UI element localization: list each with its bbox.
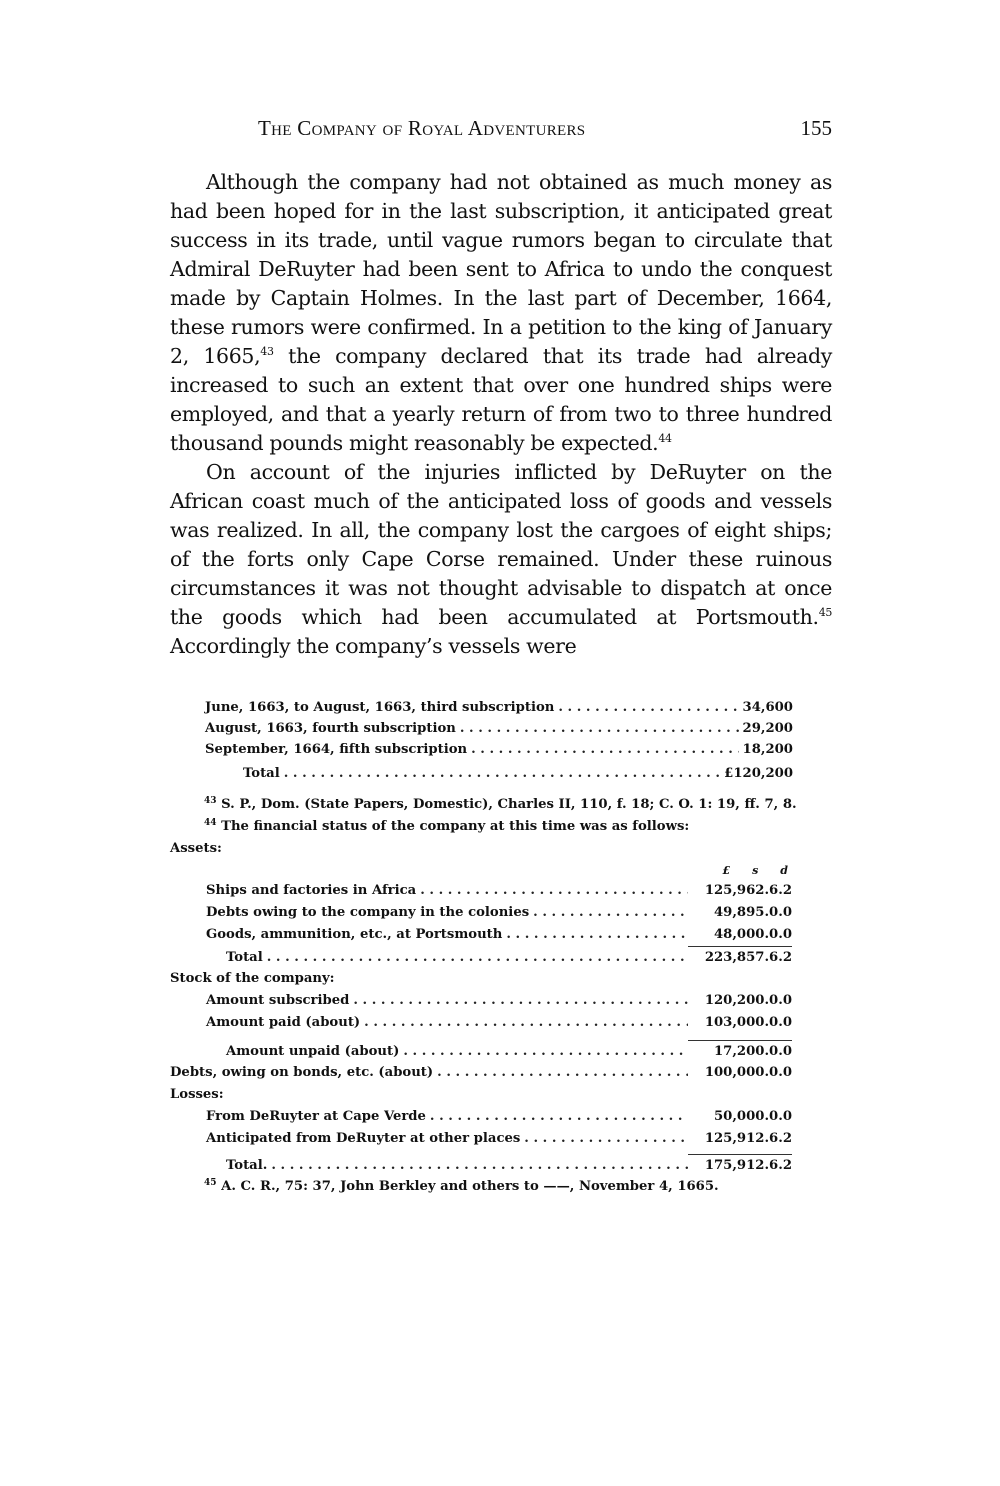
leader-dots (506, 924, 688, 946)
row-amount: 18,200 (739, 742, 793, 757)
footnote-marker: 45 (204, 1178, 217, 1188)
footnote-45: 45 A. C. R., 75: 37, John Berkley and ot… (170, 1176, 832, 1198)
leader-dots (471, 742, 738, 757)
footnotes: 43 S. P., Dom. (State Papers, Domestic),… (170, 794, 832, 1198)
row-label: From DeRuyter at Cape Verde (170, 1106, 430, 1128)
footnote-ref-43[interactable]: 43 (260, 345, 273, 358)
row-amount: 49,895.0.0 (688, 902, 792, 924)
leader-dots (430, 1106, 688, 1128)
stock-unpaid-row: Amount unpaid (about) 17,200.0.0 (170, 1040, 792, 1062)
table-row: Debts owing to the company in the coloni… (170, 902, 792, 924)
table-row: September, 1664, fifth subscription 18,2… (205, 742, 793, 763)
unit-pence: d (780, 860, 788, 880)
row-amount: 29,200 (739, 721, 793, 736)
paragraph-text: On account of the injuries inflicted by … (170, 460, 832, 629)
total-amount: 175,912.6.2 (688, 1154, 792, 1177)
footnote-43: 43 S. P., Dom. (State Papers, Domestic),… (170, 794, 832, 816)
assets-total-row: Total 223,857.6.2 (170, 946, 792, 968)
subscription-table: June, 1663, to August, 1663, third subsc… (205, 700, 793, 787)
table-row: Amount paid (about) 103,000.0.0 (170, 1012, 792, 1034)
row-label: Goods, ammunition, etc., at Portsmouth (170, 924, 506, 946)
table-row: From DeRuyter at Cape Verde 50,000.0.0 (170, 1106, 792, 1128)
row-amount: 34,600 (739, 700, 793, 715)
row-label: Amount paid (about) (170, 1012, 364, 1034)
leader-dots (364, 1012, 688, 1034)
total-amount: £120,200 (720, 766, 793, 781)
table-row: June, 1663, to August, 1663, third subsc… (205, 700, 793, 721)
leader-dots (353, 990, 688, 1012)
row-label: Anticipated from DeRuyter at other place… (170, 1128, 524, 1150)
running-head: The Company of Royal Adventurers 155 (170, 116, 832, 146)
leader-dots (403, 1041, 688, 1063)
footnote-marker: 43 (204, 796, 217, 806)
footnote-ref-44[interactable]: 44 (658, 432, 671, 445)
leader-dots (558, 700, 738, 715)
total-label: Total. (170, 1155, 271, 1177)
stock-heading: Stock of the company: (170, 968, 792, 990)
body-text: Although the company had not obtained as… (170, 168, 832, 661)
leader-dots (437, 1062, 688, 1084)
row-label: Amount unpaid (about) (170, 1041, 403, 1063)
losses-total-row: Total. 175,912.6.2 (170, 1154, 792, 1176)
paragraph-1: Although the company had not obtained as… (170, 168, 832, 458)
total-label: Total (170, 947, 267, 969)
paragraph-text: Although the company had not obtained as… (170, 170, 832, 368)
book-page: The Company of Royal Adventurers 155 Alt… (0, 0, 1000, 1486)
row-amount: 120,200.0.0 (688, 990, 792, 1012)
paragraph-text: Accordingly the company’s vessels were (170, 634, 576, 658)
row-label: Debts owing to the company in the coloni… (170, 902, 533, 924)
table-total-row: Total £120,200 (205, 766, 793, 787)
row-label: Ships and factories in Africa (170, 880, 420, 902)
currency-units: £ s d (170, 860, 792, 880)
row-label: August, 1663, fourth subscription (205, 721, 460, 736)
row-amount: 103,000.0.0 (688, 1012, 792, 1034)
footnote-text: A. C. R., 75: 37, John Berkley and other… (221, 1179, 719, 1194)
total-amount: 223,857.6.2 (688, 946, 792, 969)
footnote-text: S. P., Dom. (State Papers, Domestic), Ch… (221, 797, 796, 812)
row-label: September, 1664, fifth subscription (205, 742, 471, 757)
row-label: Debts, owing on bonds, etc. (about) (170, 1062, 437, 1084)
row-amount: 100,000.0.0 (688, 1062, 792, 1084)
leader-dots (533, 902, 688, 924)
table-row: August, 1663, fourth subscription 29,200 (205, 721, 793, 742)
row-label: Amount subscribed (170, 990, 353, 1012)
page-number: 155 (801, 116, 833, 141)
unit-pounds: £ (722, 860, 730, 880)
table-row: Ships and factories in Africa 125,962.6.… (170, 880, 792, 902)
paragraph-text: the company declared that its trade had … (170, 344, 832, 455)
leader-dots (460, 721, 739, 736)
footnote-44: 44 The financial status of the company a… (170, 816, 832, 838)
table-row: Amount subscribed 120,200.0.0 (170, 990, 792, 1012)
leader-dots (267, 947, 688, 969)
leader-dots (524, 1128, 688, 1150)
row-amount: 48,000.0.0 (688, 924, 792, 946)
row-amount: 17,200.0.0 (688, 1040, 792, 1063)
row-amount: 125,962.6.2 (688, 880, 792, 902)
leader-dots (420, 880, 688, 902)
table-row: Anticipated from DeRuyter at other place… (170, 1128, 792, 1150)
paragraph-2: On account of the injuries inflicted by … (170, 458, 832, 661)
leader-dots (284, 766, 720, 781)
running-title: The Company of Royal Adventurers (258, 116, 585, 141)
row-amount: 50,000.0.0 (688, 1106, 792, 1128)
unit-shillings: s (752, 860, 758, 880)
table-row: Goods, ammunition, etc., at Portsmouth 4… (170, 924, 792, 946)
footnote-text: The financial status of the company at t… (221, 819, 689, 834)
debts-row: Debts, owing on bonds, etc. (about) 100,… (170, 1062, 792, 1084)
row-amount: 125,912.6.2 (688, 1128, 792, 1150)
row-label: June, 1663, to August, 1663, third subsc… (205, 700, 558, 715)
assets-heading: Assets: (170, 838, 832, 860)
financial-status-table: £ s d Ships and factories in Africa 125,… (170, 860, 792, 1176)
total-label: Total (205, 766, 284, 781)
footnote-ref-45[interactable]: 45 (819, 606, 832, 619)
losses-heading: Losses: (170, 1084, 792, 1106)
leader-dots (271, 1155, 688, 1177)
footnote-marker: 44 (204, 818, 217, 828)
